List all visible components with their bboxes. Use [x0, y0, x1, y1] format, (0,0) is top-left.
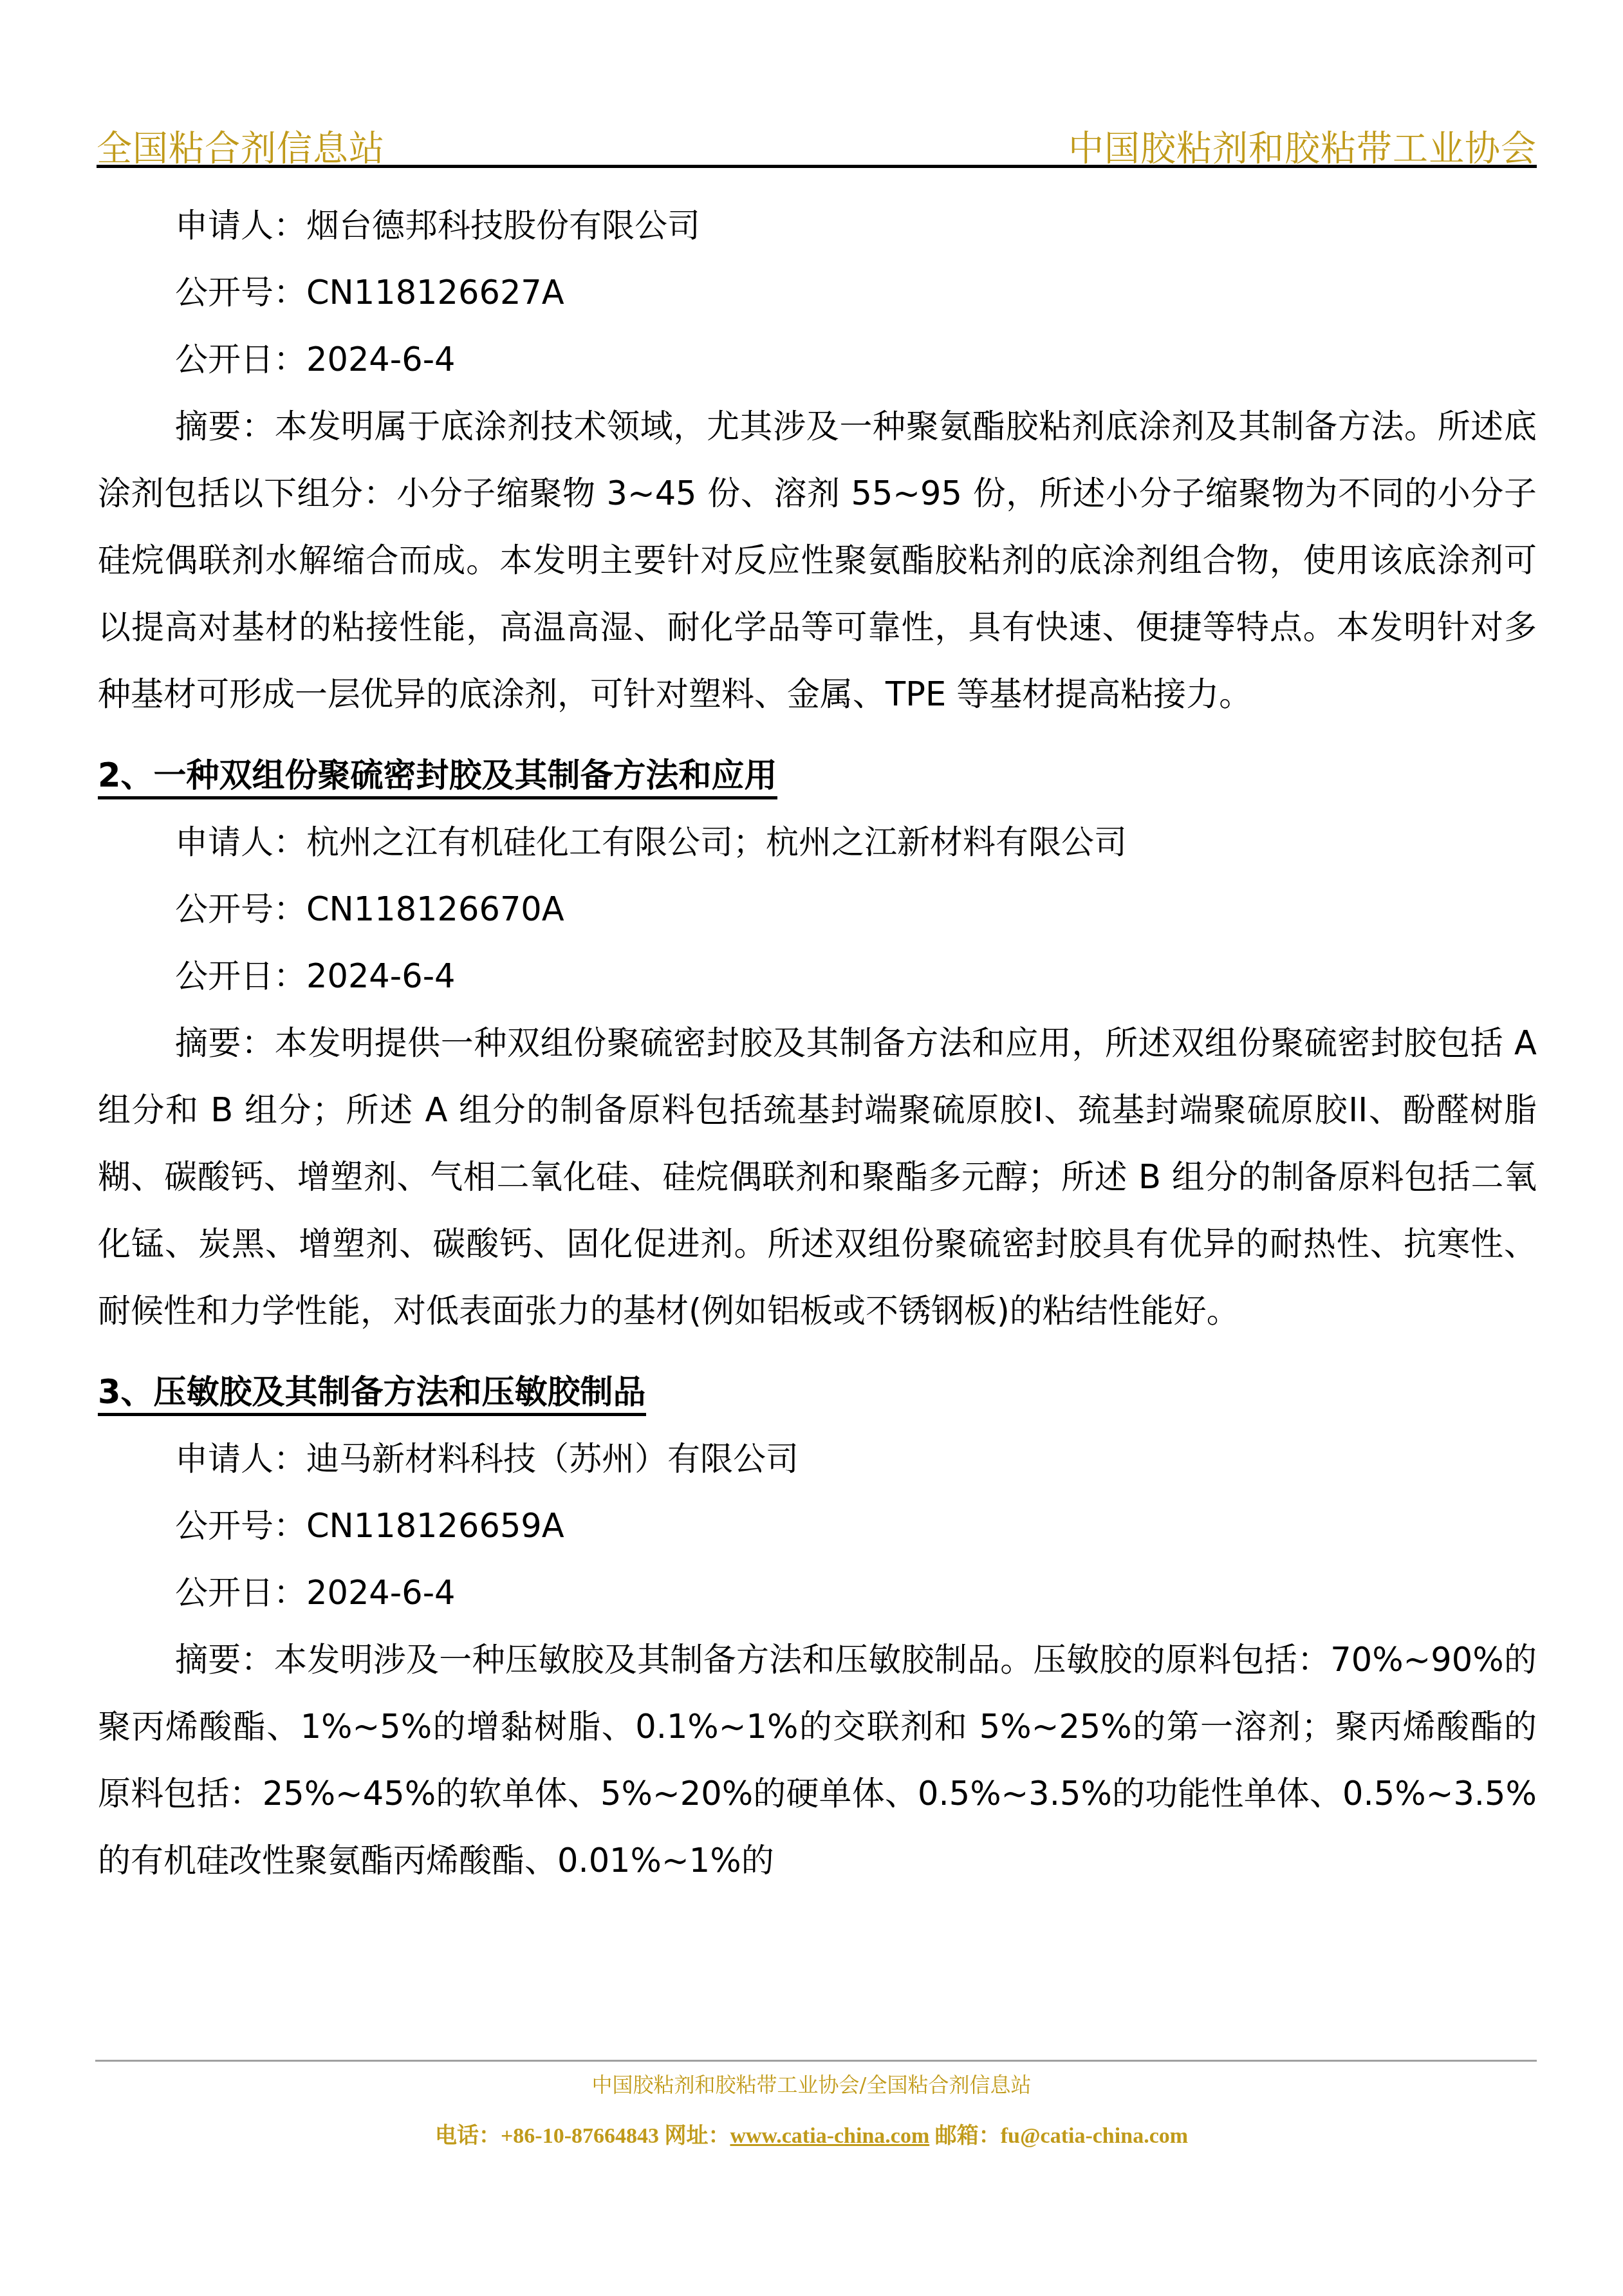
footer-phone: 电话：+86-10-87664843 网址： — [435, 2124, 730, 2148]
page-header: 全国粘合剂信息站 中国胶粘剂和胶粘带工业协会 — [97, 116, 1537, 167]
footer-contact: 电话：+86-10-87664843 网址：www.catia-china.co… — [0, 2118, 1623, 2149]
document-body: 申请人：烟台德邦科技股份有限公司 公开号：CN118126627A 公开日：20… — [98, 193, 1537, 1895]
entry1-applicant: 申请人：烟台德邦科技股份有限公司 — [98, 193, 1537, 260]
entry3-pub-no: 公开号：CN118126659A — [98, 1493, 1537, 1560]
entry2-applicant: 申请人：杭州之江有机硅化工有限公司；杭州之江新材料有限公司 — [98, 810, 1537, 877]
footer-divider — [95, 2060, 1537, 2062]
entry3-title-text: 3、压敏胶及其制备方法和压敏胶制品 — [98, 1374, 646, 1416]
entry2-title-text: 2、一种双组份聚硫密封胶及其制备方法和应用 — [98, 757, 777, 799]
entry2-title: 2、一种双组份聚硫密封胶及其制备方法和应用 — [98, 743, 1537, 810]
entry1-pub-date: 公开日：2024-6-4 — [98, 327, 1537, 394]
entry2-pub-date: 公开日：2024-6-4 — [98, 944, 1537, 1011]
entry2-abstract: 摘要：本发明提供一种双组份聚硫密封胶及其制备方法和应用，所述双组份聚硫密封胶包括… — [98, 1011, 1537, 1345]
entry3-applicant: 申请人：迪马新材料科技（苏州）有限公司 — [98, 1426, 1537, 1493]
footer-website-link[interactable]: www.catia-china.com — [730, 2124, 929, 2148]
entry3-pub-date: 公开日：2024-6-4 — [98, 1560, 1537, 1627]
footer-org: 中国胶粘剂和胶粘带工业协会/全国粘合剂信息站 — [0, 2069, 1623, 2098]
entry3-abstract: 摘要：本发明涉及一种压敏胶及其制备方法和压敏胶制品。压敏胶的原料包括：70%~9… — [98, 1627, 1537, 1895]
site-name: 全国粘合剂信息站 — [97, 120, 385, 171]
entry3-title: 3、压敏胶及其制备方法和压敏胶制品 — [98, 1359, 1537, 1426]
entry1-abstract: 摘要：本发明属于底涂剂技术领域，尤其涉及一种聚氨酯胶粘剂底涂剂及其制备方法。所述… — [98, 394, 1537, 729]
association-name: 中国胶粘剂和胶粘带工业协会 — [1068, 120, 1537, 171]
footer-email: 邮箱：fu@catia-china.com — [929, 2124, 1188, 2148]
entry1-pub-no: 公开号：CN118126627A — [98, 260, 1537, 327]
header-divider — [97, 165, 1537, 168]
entry2-pub-no: 公开号：CN118126670A — [98, 877, 1537, 944]
